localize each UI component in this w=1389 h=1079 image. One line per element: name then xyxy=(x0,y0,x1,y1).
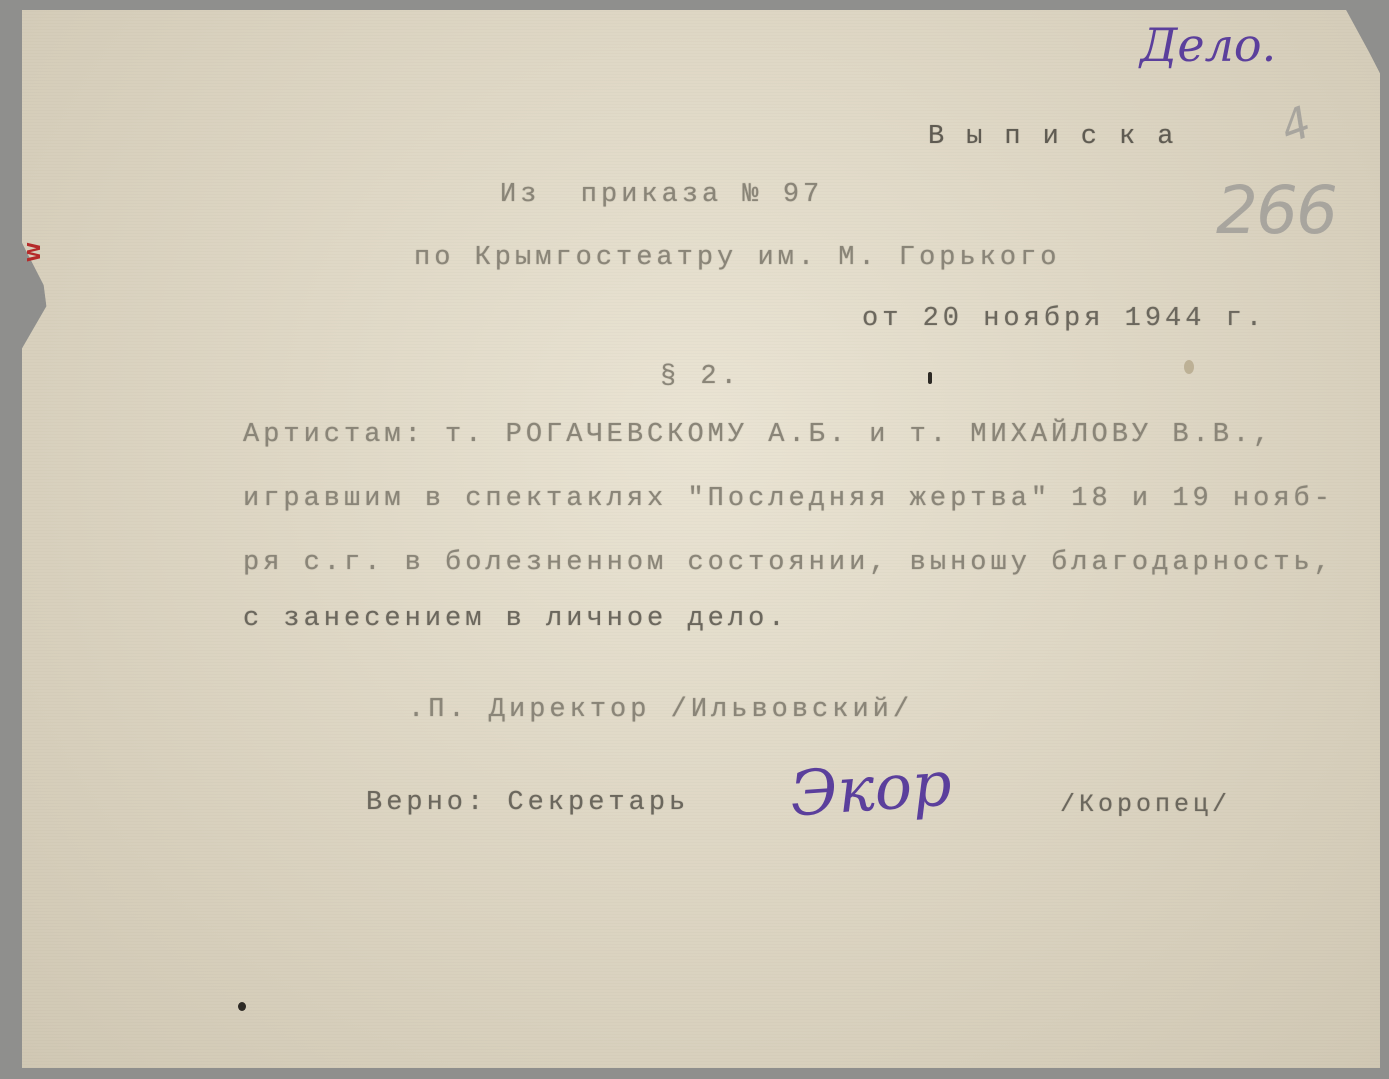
archive-number: 266 xyxy=(1216,172,1336,249)
section-number: § 2. xyxy=(660,362,741,392)
organization-line: по Крымгостеатру им. М. Горького xyxy=(414,243,1060,273)
body-line-2: игравшим в спектаклях "Последняя жертва"… xyxy=(243,484,1334,514)
document-sheet xyxy=(22,10,1380,1068)
body-line-1: Артистам: т. РОГАЧЕВСКОМУ А.Б. и т. МИХА… xyxy=(243,420,1273,450)
signatory-line: .П. Директор /Ильвовский/ xyxy=(408,695,913,725)
handwritten-note-delo: Дело. xyxy=(1140,18,1276,72)
body-line-4: с занесением в личное дело. xyxy=(243,604,788,634)
certified-label: Верно: Секретарь xyxy=(366,788,689,818)
date-line: от 20 ноября 1944 г. xyxy=(862,304,1266,334)
ink-speck xyxy=(238,1002,246,1011)
order-line: Из приказа № 97 xyxy=(500,180,823,210)
body-line-3: ря с.г. в болезненном состоянии, выношу … xyxy=(243,548,1334,578)
ink-speck xyxy=(928,372,932,384)
ink-speck xyxy=(1184,360,1194,374)
signature: Экор xyxy=(788,746,954,830)
document-title: Выписка xyxy=(928,122,1195,152)
edge-stamp-fragment: W xyxy=(24,242,45,262)
certifier-name: /Коропец/ xyxy=(1060,790,1231,819)
